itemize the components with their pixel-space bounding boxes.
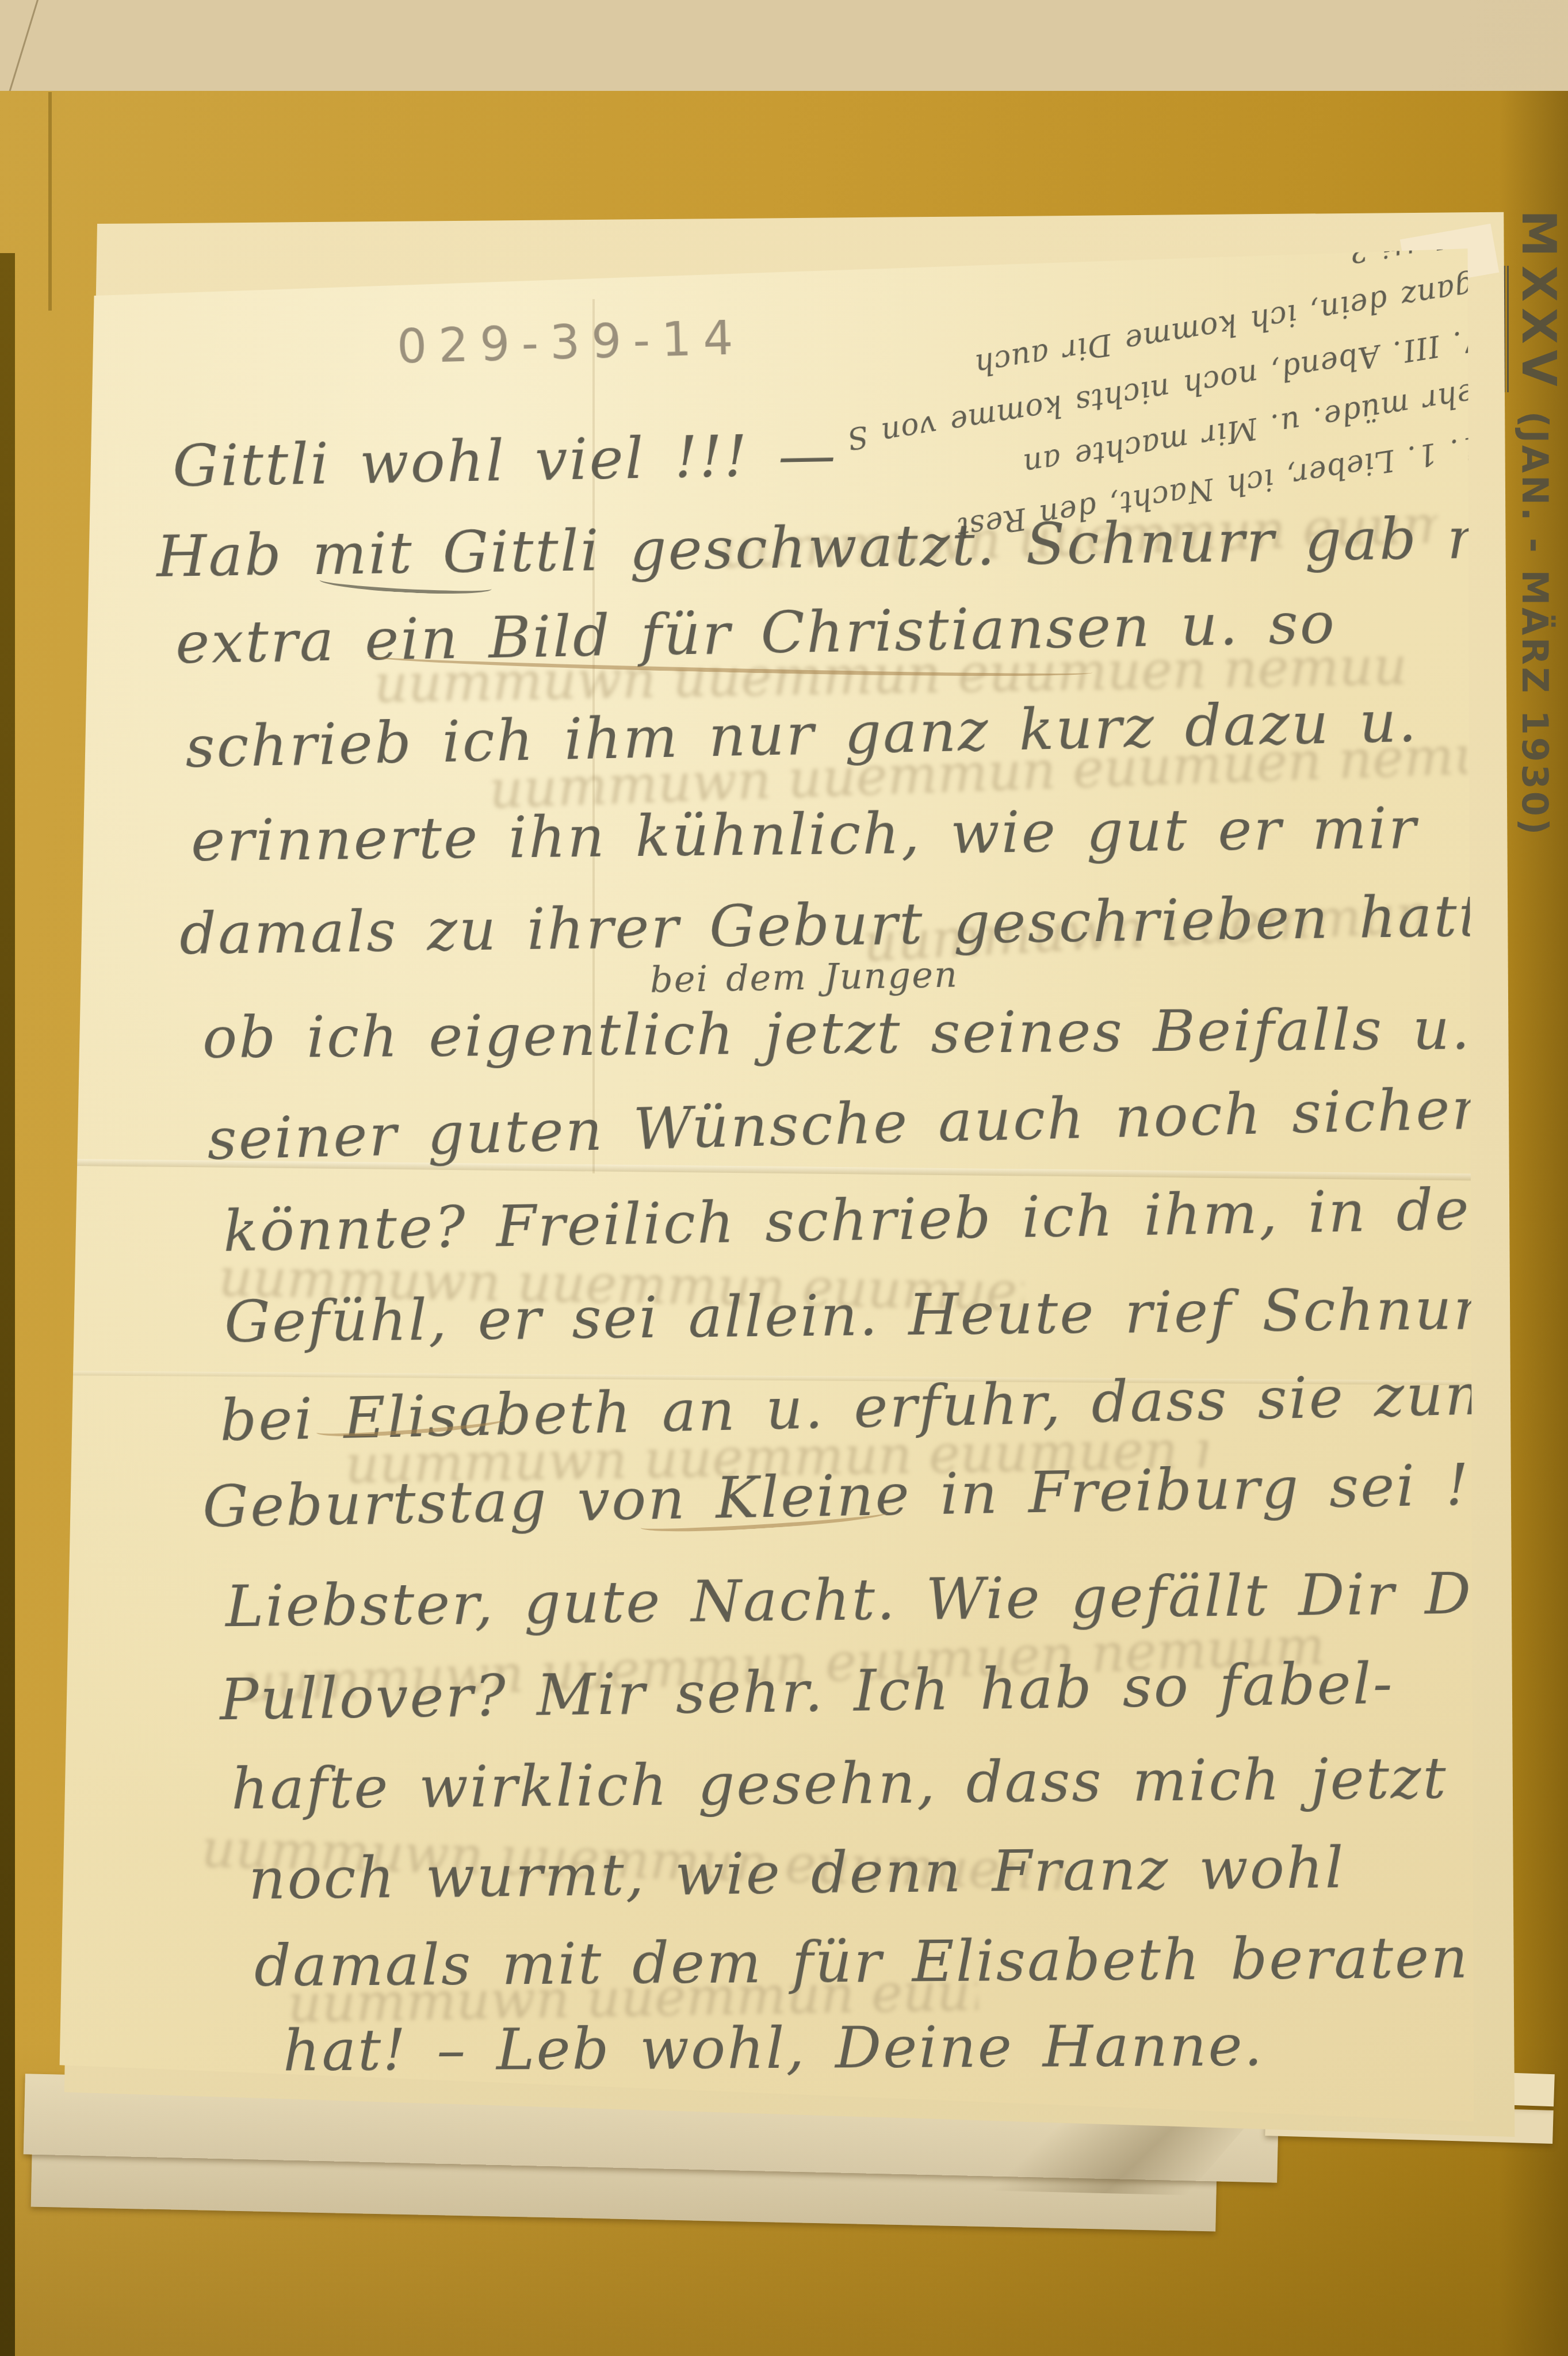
letter-page: uummuwn uuemmun euumuen nemuum nuennum u…	[0, 0, 1568, 2356]
letter-line: damals mit dem für Elisabeth beraten	[254, 1924, 1470, 2000]
pencil-archive-number: 029-39-14	[396, 311, 745, 374]
folder-date-range: (JAN. - MÄRZ 1930)	[1514, 411, 1556, 837]
letter-line: seiner guten Wünsche auch noch sicher se…	[206, 1071, 1568, 1173]
letter-line: hafte wirklich gesehn, dass mich jetzt	[231, 1745, 1448, 1822]
letter-line: Liebster, gute Nacht. Wie gefällt Dir De…	[225, 1559, 1567, 1640]
interline-insertion: bei dem Jungen	[649, 953, 958, 1000]
folder-volume-numeral: XXV	[1504, 266, 1566, 392]
folder-volume-prefix: M	[1511, 210, 1566, 263]
letter-line: hat! – Leb wohl, Deine Hanne.	[283, 2012, 1264, 2085]
folder-volume-label: M XXV (JAN. - MÄRZ 1930)	[1504, 210, 1566, 808]
letter-line: ob ich eigentlich jetzt seines Beifalls …	[202, 995, 1472, 1071]
letter-line: Gittli wohl viel !!! —	[172, 421, 838, 500]
letter-line: könnte? Freilich schrieb ich ihm, in dem	[223, 1175, 1527, 1265]
archive-photo: M XXV (JAN. - MÄRZ 1930) uummuwn uuemmun…	[0, 0, 1568, 2356]
folder-left-edge-shadow	[0, 253, 15, 2356]
stacked-sheet-fold-shadow	[871, 2119, 1246, 2196]
letter-line: noch wurmt, wie denn Franz wohl	[248, 1834, 1345, 1913]
letter-line: erinnerte ihn kühnlich, wie gut er mir	[190, 794, 1418, 874]
letter-line: Gefühl, er sei allein. Heute rief Schnur…	[224, 1275, 1512, 1355]
folder-spine-crease	[48, 92, 52, 311]
